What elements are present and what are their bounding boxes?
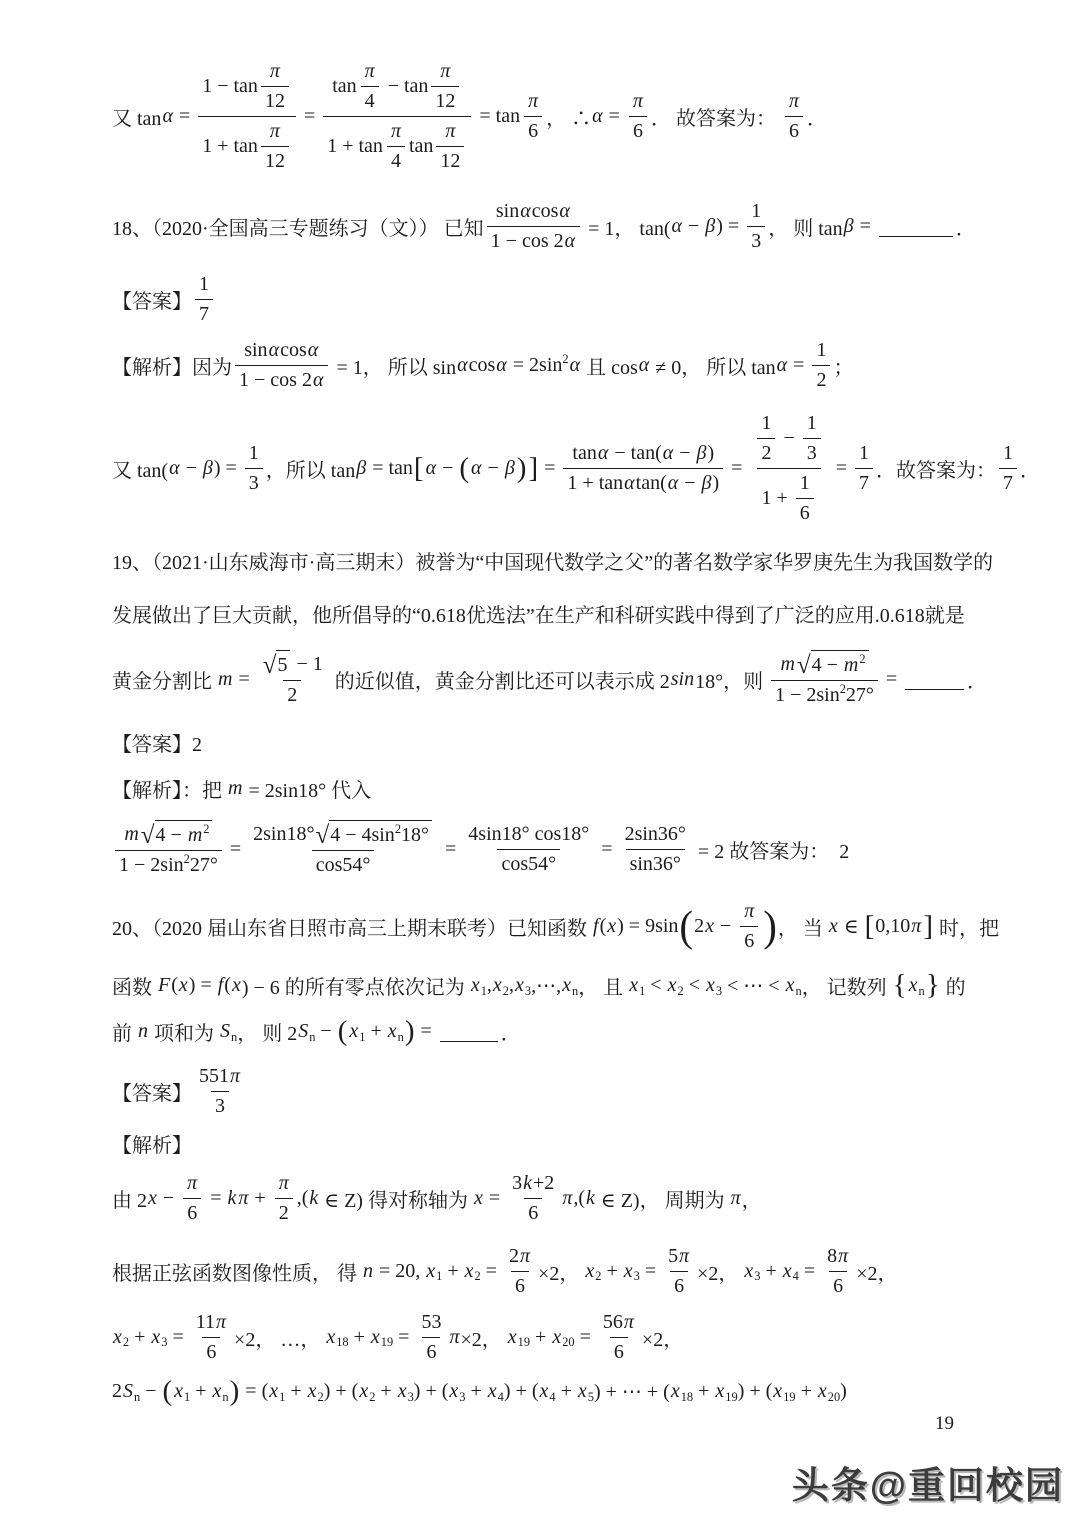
math-variable: x xyxy=(147,1187,158,1210)
math-text: 6 xyxy=(614,1339,624,1365)
bracket: ] xyxy=(527,454,539,483)
math-text: = ( xyxy=(240,1380,268,1403)
math-text: ) xyxy=(712,470,719,496)
math-text: 【答案】2 xyxy=(112,728,202,757)
math-text: 1 − cos 2 xyxy=(491,228,564,254)
fraction-denominator: 1 − 2sin227° xyxy=(115,850,222,878)
math-text: 的 xyxy=(941,971,966,1000)
math-text: + xyxy=(129,1326,150,1349)
fraction: 11π6 xyxy=(192,1309,231,1365)
math-variable: m xyxy=(123,821,139,847)
math-variable: β xyxy=(504,457,516,480)
math-text: 黄金分割比 xyxy=(112,665,217,694)
math-text: ) − 6 的所有零点依次记为 xyxy=(242,971,470,1000)
math-text: + xyxy=(556,1380,577,1403)
fraction-numerator: π xyxy=(523,88,543,116)
math-text: = xyxy=(640,1260,661,1283)
math-text: ； xyxy=(833,351,853,380)
math-text: 2 xyxy=(694,915,704,938)
math-text: − xyxy=(140,1380,161,1403)
math-text: = xyxy=(299,105,320,128)
math-variable: x xyxy=(551,1326,562,1349)
answer-blank xyxy=(905,689,964,690)
radical-sign: √ xyxy=(315,820,329,848)
fraction: π6 xyxy=(628,88,648,144)
math-text: = xyxy=(596,838,617,861)
subscript: 4 xyxy=(498,1391,504,1403)
math-text: + xyxy=(796,1380,817,1403)
math-text: cos xyxy=(532,198,559,224)
math-variable: β xyxy=(696,440,708,466)
fraction-numerator: 2sin36° xyxy=(621,821,690,849)
math-text: 1 + tan xyxy=(202,133,258,159)
math-text: = xyxy=(539,457,560,480)
math-variable: π xyxy=(237,1187,249,1210)
bracket: ) xyxy=(404,1017,416,1046)
fraction: 8π6 xyxy=(823,1243,853,1299)
bracket: ) xyxy=(229,1377,241,1406)
fraction-numerator: m√4 − m2 xyxy=(119,820,217,850)
math-text: = xyxy=(881,668,902,691)
math-text: = xyxy=(604,105,625,128)
superscript: 2 xyxy=(203,823,209,835)
math-text: tan( xyxy=(636,470,667,496)
math-text: 时，把 xyxy=(934,912,999,941)
math-variable: x xyxy=(370,1326,381,1349)
math-text: 7 xyxy=(859,470,869,496)
math-text: cos xyxy=(280,337,307,363)
math-text: 12 xyxy=(265,148,285,174)
math-text: = xyxy=(799,1260,820,1283)
math-text: 1 + tan xyxy=(327,133,383,159)
math-text: 1 xyxy=(751,198,761,224)
math-variable: α xyxy=(671,215,684,238)
fraction-denominator: 6 xyxy=(610,1337,628,1365)
fraction: 551π3 xyxy=(195,1063,245,1119)
subscript: 1 xyxy=(279,1391,285,1403)
math-text: tan xyxy=(409,133,433,159)
math-text: 且 cos xyxy=(581,351,638,380)
line-q20-2: 函数 F(x) = f(x) − 6 的所有零点依次记为 x1,x2,x3,⋯,… xyxy=(112,971,987,1000)
subscript: n xyxy=(231,1031,237,1043)
math-text: ， 记数列 xyxy=(802,971,892,1000)
math-text: ,⋯, xyxy=(531,973,561,998)
math-text: + xyxy=(190,1380,211,1403)
math-text: 5 xyxy=(668,1243,678,1269)
math-text: ， ∴ xyxy=(546,102,591,131)
math-variable: x xyxy=(606,915,617,938)
subscript: 3 xyxy=(525,985,531,997)
math-text: 27° xyxy=(190,852,218,878)
fraction-numerator: π xyxy=(628,88,648,116)
fraction-numerator: tanπ4 − tanπ12 xyxy=(328,58,466,116)
math-variable: α xyxy=(161,105,174,128)
math-variable: π xyxy=(527,88,539,114)
fraction: 12 − 131 + 16 xyxy=(750,410,827,526)
math-text: = 2sin18° 代入 xyxy=(243,774,371,803)
line-q18: 18、（2020·全国高三专题练习（文）） 已知sinαcosα1 − cos … xyxy=(112,198,987,254)
fraction-numerator: √5 − 1 xyxy=(258,650,327,680)
fraction-denominator: 3 xyxy=(211,1091,229,1119)
subscript: 2 xyxy=(595,1270,601,1282)
math-variable: α xyxy=(597,440,610,466)
math-text: ) + ( xyxy=(414,1380,449,1403)
math-text: 1 xyxy=(800,470,810,496)
math-text: sin xyxy=(496,198,519,224)
math-text: = tan xyxy=(367,457,413,480)
subscript: 4 xyxy=(793,1270,799,1282)
fraction-numerator: π xyxy=(182,1170,202,1198)
subscript: 3 xyxy=(754,1270,760,1282)
math-variable: π xyxy=(439,58,451,84)
math-variable: x xyxy=(623,1260,634,1283)
math-text: + xyxy=(601,1260,622,1283)
fraction: 16 xyxy=(796,470,814,526)
math-text: tan xyxy=(572,440,596,466)
math-text: + xyxy=(466,1380,487,1403)
math-text: 8 xyxy=(827,1243,837,1269)
fraction: 56π6 xyxy=(599,1309,639,1365)
subscript: 2 xyxy=(475,1270,481,1282)
math-text: ， xyxy=(742,1184,762,1213)
math-text: 7 xyxy=(199,301,209,327)
superscript: 2 xyxy=(395,823,401,835)
math-text: 56 xyxy=(603,1309,623,1335)
math-variable: x xyxy=(628,974,639,997)
subscript: 19 xyxy=(725,1391,737,1403)
line-sol20-label: 【解析】 xyxy=(112,1129,987,1158)
math-variable: α xyxy=(519,198,532,224)
subscript: 18 xyxy=(681,1391,693,1403)
math-text: − xyxy=(483,457,504,480)
fraction: π4 xyxy=(360,58,380,114)
math-text: 1 xyxy=(1003,440,1013,466)
math-variable: α xyxy=(591,105,604,128)
math-text: = xyxy=(484,1187,505,1210)
math-text: 3 xyxy=(215,1093,225,1119)
math-text: 2 xyxy=(287,682,297,708)
fraction-numerator: 551π xyxy=(195,1063,245,1091)
math-variable: x xyxy=(714,1380,725,1403)
math-variable: π xyxy=(390,118,402,144)
math-variable: π xyxy=(910,915,922,938)
math-text: ∈ Z)， 周期为 xyxy=(596,1184,730,1213)
math-text: 4 − 4sin xyxy=(330,822,395,848)
fraction-denominator: 6 xyxy=(524,1198,542,1226)
math-text: ) + ( xyxy=(504,1380,539,1403)
fraction-numerator: π xyxy=(274,1170,294,1198)
math-text: = xyxy=(174,105,195,128)
math-text: cos xyxy=(469,354,496,377)
fraction: 5π6 xyxy=(664,1243,694,1299)
fraction: sinαcosα1 − cos 2α xyxy=(235,337,328,393)
math-text: 12 xyxy=(435,88,455,114)
math-text: 18、（2020·全国高三专题练习（文）） 已知 xyxy=(112,212,484,241)
math-text: 6 xyxy=(674,1273,684,1299)
math-variable: x xyxy=(667,974,678,997)
subscript: 3 xyxy=(716,985,722,997)
fraction: π6 xyxy=(784,88,804,144)
bracket: ) xyxy=(762,904,778,947)
math-text: 4sin18° cos18° xyxy=(468,821,589,847)
math-variable: x xyxy=(785,974,796,997)
math-text: 2 xyxy=(279,1200,289,1226)
math-text: 1 xyxy=(816,337,826,363)
radical-content: 4 − 4sin218° xyxy=(329,820,432,848)
fraction-denominator: cos54° xyxy=(497,849,560,877)
math-text: 4 xyxy=(365,88,375,114)
fraction-numerator: 1 xyxy=(195,271,213,299)
math-variable: π xyxy=(364,58,376,84)
math-text: ( xyxy=(171,974,178,997)
math-text: ，所以 tan xyxy=(266,454,355,483)
math-text: 6 xyxy=(833,1273,843,1299)
math-text: + xyxy=(249,1187,270,1210)
radical: √4 − m2 xyxy=(797,650,869,678)
math-text: 2 xyxy=(816,367,826,393)
math-text: 19、（2021·山东威海市·高三期末）被誉为“中国现代数学之父”的著名数学家华… xyxy=(112,546,993,575)
math-text: = xyxy=(233,668,254,691)
math-text: ． xyxy=(1020,454,1040,483)
math-variable: x xyxy=(584,1260,595,1283)
fraction-numerator: sinαcosα xyxy=(492,198,575,226)
math-text: = xyxy=(481,1260,502,1283)
math-text: ×2， xyxy=(697,1257,743,1286)
watermark: 头条@重回校园 xyxy=(792,1455,1064,1509)
math-text: 1 − tan xyxy=(202,73,258,99)
math-text: 6 xyxy=(187,1200,197,1226)
fraction: 17 xyxy=(855,440,873,496)
math-text: ) xyxy=(707,440,714,466)
fraction: 1 − tanπ121 + tanπ12 xyxy=(198,58,296,174)
math-variable: x xyxy=(473,1187,484,1210)
radical: √4 − 4sin218° xyxy=(315,820,432,848)
page-number: 19 xyxy=(935,1413,954,1435)
subscript: 19 xyxy=(783,1391,795,1403)
subscript: 1 xyxy=(436,1270,442,1282)
math-variable: π xyxy=(837,1243,849,1269)
fraction-denominator: 6 xyxy=(829,1271,847,1299)
math-variable: π xyxy=(269,58,281,84)
math-text: < xyxy=(645,974,666,997)
fraction: π6 xyxy=(739,898,759,954)
math-variable: x xyxy=(150,1326,161,1349)
fraction-numerator: 11π xyxy=(192,1309,231,1337)
math-text: 1 xyxy=(859,440,869,466)
subscript: 3 xyxy=(161,1336,167,1348)
subscript: n xyxy=(309,1031,315,1043)
subscript: n xyxy=(795,985,801,997)
math-variable: x xyxy=(212,1380,223,1403)
fraction-denominator: 2 xyxy=(812,365,830,393)
fraction: 536 xyxy=(417,1309,445,1365)
fraction-denominator: 1 + tanαtan(α − β) xyxy=(563,468,723,496)
line-q19-3: 黄金分割比 m = √5 − 12 的近似值，黄金分割比还可以表示成 2sin1… xyxy=(112,650,987,708)
math-variable: k xyxy=(308,1187,319,1210)
fraction: tanα − tan(α − β)1 + tanαtan(α − β) xyxy=(563,440,723,496)
math-text: 【解析】 xyxy=(112,1129,192,1158)
fraction-denominator: 4 xyxy=(361,86,379,114)
math-text: = xyxy=(167,1326,188,1349)
math-variable: f xyxy=(217,974,225,997)
math-text: 6 xyxy=(515,1273,525,1299)
line-q19-2: 发展做出了巨大贡献，他所倡导的“0.618优选法”在生产和科研实践中得到了广泛的… xyxy=(112,599,987,628)
document-page: 又 tanα = 1 − tanπ121 + tanπ12 = tanπ4 − … xyxy=(0,0,1080,1527)
fraction: π6 xyxy=(182,1170,202,1226)
math-text: = 2 故答案为： 2 xyxy=(693,835,849,864)
math-text: 的近似值，黄金分割比还可以表示成 2 xyxy=(330,665,670,694)
math-text: = xyxy=(440,838,461,861)
math-text: ． xyxy=(967,665,987,694)
line-sol20-3: x2 + x3 = 11π6×2， …， x18 + x19 = 536π×2，… xyxy=(112,1309,987,1365)
math-text: 3 xyxy=(512,1170,522,1196)
math-text: 1 xyxy=(199,271,209,297)
fraction-denominator: 6 xyxy=(183,1198,201,1226)
fraction-denominator: cos54° xyxy=(312,850,375,878)
fraction-denominator: 12 xyxy=(431,86,459,114)
math-text: 2sin36° xyxy=(625,821,686,847)
fraction-denominator: 6 xyxy=(524,116,542,144)
math-text: = xyxy=(855,215,876,238)
fraction-numerator: π xyxy=(784,88,804,116)
math-text: ( xyxy=(224,974,231,997)
math-text: 6 xyxy=(528,1200,538,1226)
math-text: ×2， xyxy=(538,1257,584,1286)
fraction-numerator: 1 xyxy=(855,440,873,468)
math-text: ,( xyxy=(297,1187,309,1210)
math-variable: α xyxy=(623,470,636,496)
math-text: cos54° xyxy=(316,852,371,878)
math-variable: m xyxy=(187,822,203,848)
math-text: − xyxy=(674,440,695,466)
radical-sign: √ xyxy=(263,650,277,678)
superscript: 2 xyxy=(562,353,568,365)
line-q20-3: 前 n 项和为 Sn， 则 2Sn − (x1 + xn) = ． xyxy=(112,1017,987,1046)
fraction-denominator: 12 xyxy=(261,86,289,114)
line-sol18-2: 又 tan(α − β) = 13，所以 tanβ = tan[α − (α −… xyxy=(112,410,987,526)
math-text: 项和为 xyxy=(149,1017,219,1046)
subscript: 2 xyxy=(123,1336,129,1348)
math-text: 4 − xyxy=(812,652,843,678)
math-text: 3 xyxy=(751,228,761,254)
math-variable: x xyxy=(387,1020,398,1043)
math-variable: π xyxy=(632,88,644,114)
math-variable: m xyxy=(217,668,233,691)
math-variable: f xyxy=(592,915,600,938)
math-variable: x xyxy=(112,1326,123,1349)
math-text: 2sin18° xyxy=(253,821,314,847)
line-sol17-main: 又 tanα = 1 − tanπ121 + tanπ12 = tanπ4 − … xyxy=(112,58,987,174)
fraction: π6 xyxy=(523,88,543,144)
math-text: ． xyxy=(501,1017,521,1046)
math-variable: x xyxy=(268,1380,279,1403)
math-text: 6 xyxy=(426,1339,436,1365)
fraction-numerator: 1 xyxy=(812,337,830,365)
math-variable: S xyxy=(219,1020,231,1043)
math-variable: x xyxy=(307,1380,318,1403)
bracket: ( xyxy=(458,454,470,483)
math-variable: x xyxy=(231,974,242,997)
math-text: + xyxy=(442,1260,463,1283)
math-variable: x xyxy=(561,974,572,997)
fraction: 13 xyxy=(803,410,821,466)
fraction: 4sin18° cos18°cos54° xyxy=(464,821,593,877)
math-text: ) + ( xyxy=(324,1380,359,1403)
line-sol20-2: 根据正弦函数图像性质， 得 n = 20, x1 + x2 = 2π6×2， x… xyxy=(112,1243,987,1299)
fraction: sinαcosα1 − cos 2α xyxy=(487,198,580,254)
math-text: + xyxy=(365,1020,386,1043)
subscript: 1 xyxy=(184,1391,190,1403)
subscript: 20 xyxy=(562,1336,574,1348)
math-text: 前 xyxy=(112,1017,137,1046)
math-variable: α xyxy=(662,440,675,466)
fraction-numerator: π xyxy=(265,118,285,146)
subscript: 4 xyxy=(549,1391,555,1403)
math-text: ) + ( xyxy=(738,1380,773,1403)
subscript: 19 xyxy=(381,1336,393,1348)
math-text: = xyxy=(205,1187,226,1210)
math-text: = tan xyxy=(474,105,520,128)
math-variable: m xyxy=(227,777,243,800)
fraction-denominator: 6 xyxy=(740,926,758,954)
math-variable: π xyxy=(278,1170,290,1196)
math-text: 【解析】因为 xyxy=(112,351,232,380)
math-text: + xyxy=(761,1260,782,1283)
math-variable: π xyxy=(743,898,755,924)
fraction-denominator: 6 xyxy=(629,116,647,144)
radical: √5 xyxy=(263,650,291,678)
line-a18: 【答案】17 xyxy=(112,271,987,327)
math-variable: β xyxy=(701,470,713,496)
math-text: 1 xyxy=(761,410,771,436)
math-text: 1 + xyxy=(761,485,792,511)
bracket: ( xyxy=(678,904,694,947)
fraction-denominator: 6 xyxy=(670,1271,688,1299)
fraction: √5 − 12 xyxy=(258,650,327,708)
math-variable: α xyxy=(569,354,582,377)
math-variable: m xyxy=(779,651,795,677)
fraction: 13 xyxy=(747,198,765,254)
math-variable: π xyxy=(215,1309,227,1335)
math-variable: x xyxy=(173,1380,184,1403)
math-variable: π xyxy=(788,88,800,114)
math-text: 1 − 2sin xyxy=(119,852,184,878)
fraction-denominator: 1 + 16 xyxy=(757,468,820,526)
math-text: ×2， xyxy=(642,1323,683,1352)
radical-content: 5 xyxy=(276,650,290,678)
fraction-denominator: 2 xyxy=(275,1198,293,1226)
math-text: − 1 xyxy=(291,651,322,677)
math-variable: x xyxy=(577,1380,588,1403)
fraction: 2π6 xyxy=(505,1243,535,1299)
math-variable: π xyxy=(448,1326,460,1349)
fraction-numerator: 3k+2 xyxy=(508,1170,558,1198)
math-variable: α xyxy=(168,457,181,480)
math-text: ． 故答案为： xyxy=(651,102,781,131)
math-variable: α xyxy=(667,470,680,496)
math-text: = 20, xyxy=(374,1260,425,1283)
fraction-numerator: 1 xyxy=(757,410,775,438)
math-text: 12 xyxy=(265,88,285,114)
fraction-denominator: 6 xyxy=(202,1337,220,1365)
bracket: [ xyxy=(413,454,425,483)
math-variable: k xyxy=(585,1187,596,1210)
math-text: − tan xyxy=(383,73,429,99)
subscript: 20 xyxy=(828,1391,840,1403)
math-text: ) xyxy=(840,1380,847,1403)
fraction-denominator: 2 xyxy=(757,438,775,466)
fraction: π12 xyxy=(261,118,289,174)
